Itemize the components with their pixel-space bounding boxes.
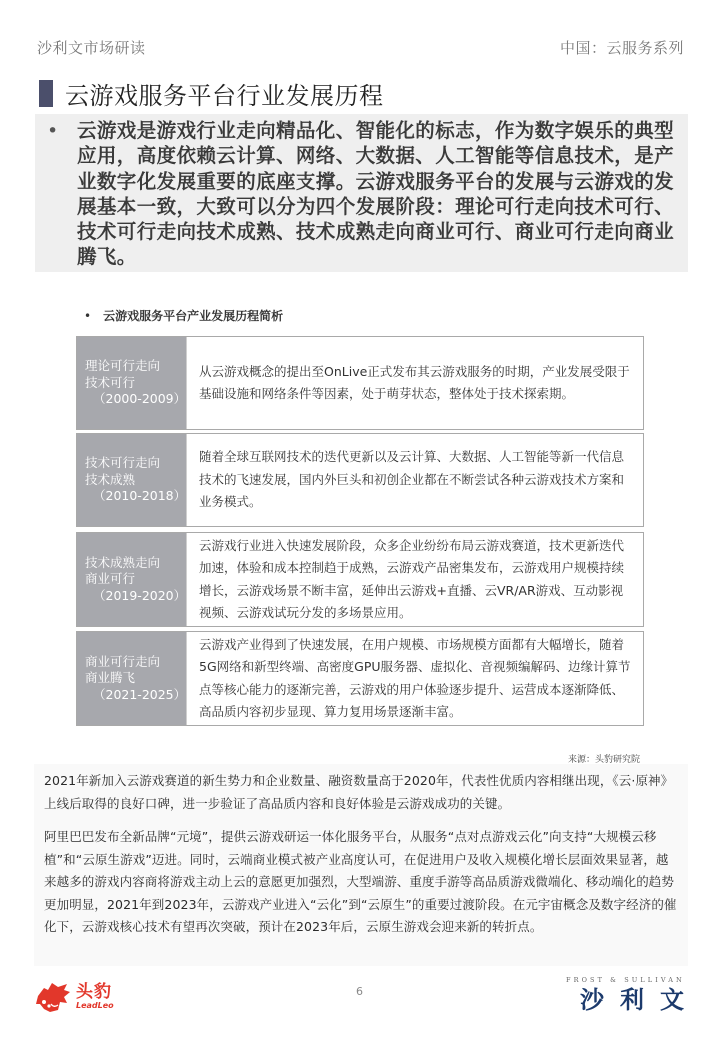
stage-description: 云游戏产业得到了快速发展，在用户规模、市场规模方面都有大幅增长，随着5G网络和新…: [186, 632, 643, 725]
stage-title-line1: 技术成熟走向: [85, 555, 186, 572]
intro-text: 云游戏是游戏行业走向精品化、智能化的标志，作为数字娱乐的典型应用，高度依赖云计算…: [77, 118, 676, 270]
leadleo-logo: 头豹 LeadLeo: [34, 980, 114, 1014]
stage-title-line1: 技术可行走向: [85, 455, 186, 472]
intro-box: • 云游戏是游戏行业走向精品化、智能化的标志，作为数字娱乐的典型应用，高度依赖云…: [35, 114, 688, 272]
stage-description: 随着全球互联网技术的迭代更新以及云计算、大数据、人工智能等新一代信息技术的飞速发…: [186, 434, 643, 526]
leopard-head-icon: [34, 980, 72, 1014]
stage-label: 理论可行走向 技术可行 （2000-2009）: [77, 337, 186, 429]
stage-description: 从云游戏概念的提出至OnLive正式发布其云游戏服务的时期，产业发展受限于基础设…: [186, 337, 643, 429]
stage-title-line2: 商业腾飞: [85, 670, 186, 687]
stage-title-line1: 商业可行走向: [85, 654, 186, 671]
stage-years: （2019-2020）: [85, 588, 186, 605]
stage-row: 技术成熟走向 商业可行 （2019-2020） 云游戏行业进入快速发展阶段，众多…: [76, 532, 644, 627]
frost-sullivan-logo: FROST & SULLIVAN 沙利文: [566, 976, 700, 1013]
leadleo-logo-cn: 头豹: [76, 983, 114, 1001]
page-number: 6: [356, 985, 363, 998]
bullet-icon: •: [84, 309, 91, 323]
stage-label: 商业可行走向 商业腾飞 （2021-2025）: [77, 632, 186, 725]
analysis-paragraph: 阿里巴巴发布全新品牌“元境”，提供云游戏研运一体化服务平台，从服务“点对点游戏云…: [44, 826, 680, 939]
stage-years: （2010-2018）: [85, 488, 186, 505]
analysis-paragraph: 2021年新加入云游戏赛道的新生势力和企业数量、融资数量高于2020年，代表性优…: [44, 770, 680, 815]
stage-title-line1: 理论可行走向: [85, 358, 186, 375]
stage-description-text: 从云游戏概念的提出至OnLive正式发布其云游戏服务的时期，产业发展受限于基础设…: [199, 361, 633, 406]
stage-label: 技术可行走向 技术成熟 （2010-2018）: [77, 434, 186, 526]
stage-title-line2: 技术成熟: [85, 472, 186, 489]
frost-sullivan-logo-cn: 沙利文: [580, 987, 700, 1013]
stage-title-line2: 技术可行: [85, 375, 186, 392]
subheading-text: 云游戏服务平台产业发展历程简析: [103, 309, 283, 323]
stage-title-line2: 商业可行: [85, 571, 186, 588]
report-page: 沙利文市场研读 中国：云服务系列 云游戏服务平台行业发展历程 • 云游戏是游戏行…: [0, 0, 720, 1040]
stage-row: 商业可行走向 商业腾飞 （2021-2025） 云游戏产业得到了快速发展，在用户…: [76, 631, 644, 726]
stage-description-text: 云游戏行业进入快速发展阶段，众多企业纷纷布局云游戏赛道，技术更新迭代加速，体验和…: [199, 535, 633, 625]
stage-years: （2000-2009）: [85, 391, 186, 408]
header-publication: 沙利文市场研读: [37, 37, 146, 58]
stage-description: 云游戏行业进入快速发展阶段，众多企业纷纷布局云游戏赛道，技术更新迭代加速，体验和…: [186, 533, 643, 626]
page-title-text: 云游戏服务平台行业发展历程: [65, 76, 384, 111]
bullet-icon: •: [47, 120, 58, 142]
title-accent-bar: [39, 80, 53, 107]
page-title: 云游戏服务平台行业发展历程: [39, 80, 384, 107]
stage-description-text: 云游戏产业得到了快速发展，在用户规模、市场规模方面都有大幅增长，随着5G网络和新…: [199, 634, 633, 724]
stage-label: 技术成熟走向 商业可行 （2019-2020）: [77, 533, 186, 626]
section-subheading: •云游戏服务平台产业发展历程简析: [84, 307, 283, 324]
stage-row: 理论可行走向 技术可行 （2000-2009） 从云游戏概念的提出至OnLive…: [76, 336, 644, 430]
leadleo-logo-en: LeadLeo: [76, 1001, 114, 1011]
stage-years: （2021-2025）: [85, 687, 186, 704]
stage-row: 技术可行走向 技术成熟 （2010-2018） 随着全球互联网技术的迭代更新以及…: [76, 433, 644, 527]
header-series: 中国：云服务系列: [560, 37, 684, 58]
stage-description-text: 随着全球互联网技术的迭代更新以及云计算、大数据、人工智能等新一代信息技术的飞速发…: [199, 446, 633, 514]
frost-sullivan-logo-en: FROST & SULLIVAN: [566, 976, 700, 984]
